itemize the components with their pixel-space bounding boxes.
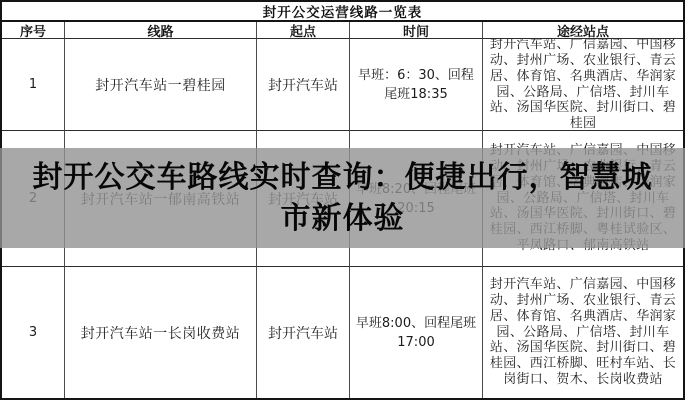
row3-origin: 封开汽车站 <box>257 267 350 398</box>
page-root: 封开公交运营线路一览表 序号 线路 起点 时间 途经站点 1 封开汽车站一碧桂园… <box>0 0 685 400</box>
header-index: 序号 <box>2 22 65 39</box>
row3-route: 封开汽车站一长岗收费站 <box>65 267 257 398</box>
row3-index: 3 <box>2 267 65 398</box>
header-route: 线路 <box>65 22 257 39</box>
row3-stops: 封开汽车站、广信嘉园、中国移动、封州广场、农业银行、青云居、体育馆、名典酒店、华… <box>483 267 683 398</box>
row3-time: 早班8:00、回程尾班 17:00 <box>350 267 483 398</box>
header-time: 时间 <box>350 22 483 39</box>
row1-route: 封开汽车站一碧桂园 <box>65 39 257 131</box>
header-stops: 途经站点 <box>483 22 683 39</box>
headline-line-2: 市新体验 <box>281 198 405 239</box>
row1-index: 1 <box>2 39 65 131</box>
table-title: 封开公交运营线路一览表 <box>2 2 683 22</box>
headline-overlay: 封开公交车路线实时查询：便捷出行，智慧城 市新体验 <box>0 148 685 248</box>
row1-origin: 封开汽车站 <box>257 39 350 131</box>
row1-stops: 封开汽车站、广信嘉园、中国移动、封州广场、农业银行、青云居、体育馆、名典酒店、华… <box>483 39 683 131</box>
row1-time: 早班：6：30、回程 尾班18:35 <box>350 39 483 131</box>
headline-line-1: 封开公交车路线实时查询：便捷出行，智慧城 <box>33 157 653 198</box>
header-origin: 起点 <box>257 22 350 39</box>
